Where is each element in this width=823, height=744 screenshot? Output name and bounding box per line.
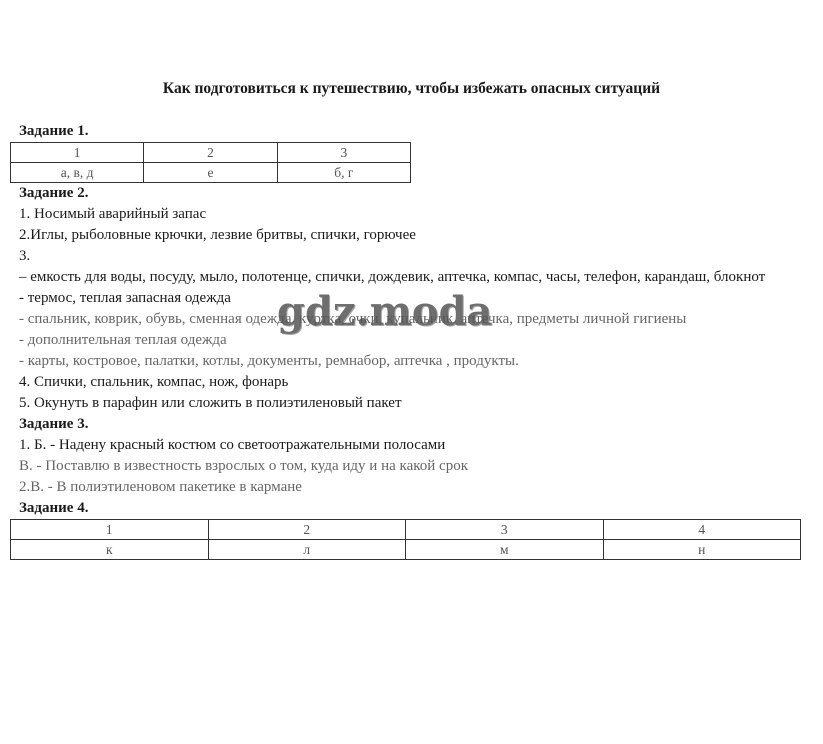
task4-value-cell: к xyxy=(11,540,209,560)
task1-header-cell: 2 xyxy=(144,143,277,163)
task4-header-cell: 4 xyxy=(603,520,801,540)
task4-heading: Задание 4. xyxy=(19,498,794,519)
task3-line: 1. Б. - Надену красный костюм со светоот… xyxy=(19,435,794,456)
task1-table: 1 2 3 а, в, д е б, г xyxy=(10,142,411,183)
page-title: Как подготовиться к путешествию, чтобы и… xyxy=(0,80,823,98)
task2-line: - карты, костровое, палатки, котлы, доку… xyxy=(19,351,794,372)
task3-line: В. - Поставлю в известность взрослых о т… xyxy=(19,456,794,477)
task3-heading: Задание 3. xyxy=(19,414,794,435)
task2-line: – емкость для воды, посуду, мыло, полоте… xyxy=(19,267,794,288)
task2-line: 2.Иглы, рыболовные крючки, лезвие бритвы… xyxy=(19,225,794,246)
task2-heading: Задание 2. xyxy=(19,183,794,204)
task4-header-cell: 3 xyxy=(406,520,604,540)
task4-table: 1 2 3 4 к л м н xyxy=(10,519,801,560)
task2-line: 3. xyxy=(19,246,794,267)
task3-line: 2.В. - В полиэтиленовом пакетике в карма… xyxy=(19,477,794,498)
task1-value-cell: е xyxy=(144,163,277,183)
watermark-logo: gdz.moda xyxy=(277,292,492,332)
task1-heading: Задание 1. xyxy=(19,121,794,142)
task4-value-cell: м xyxy=(406,540,604,560)
document-body: Задание 1. 1 2 3 а, в, д е б, г Задание … xyxy=(19,121,794,560)
task1-value-cell: б, г xyxy=(277,163,410,183)
task1-header-cell: 1 xyxy=(11,143,144,163)
task1-header-cell: 3 xyxy=(277,143,410,163)
task4-value-cell: н xyxy=(603,540,801,560)
task4-value-cell: л xyxy=(208,540,406,560)
task1-value-cell: а, в, д xyxy=(11,163,144,183)
task2-line: 1. Носимый аварийный запас xyxy=(19,204,794,225)
task2-line: 5. Окунуть в парафин или сложить в полиэ… xyxy=(19,393,794,414)
task4-header-cell: 2 xyxy=(208,520,406,540)
task4-header-cell: 1 xyxy=(11,520,209,540)
task2-line: 4. Спички, спальник, компас, нож, фонарь xyxy=(19,372,794,393)
